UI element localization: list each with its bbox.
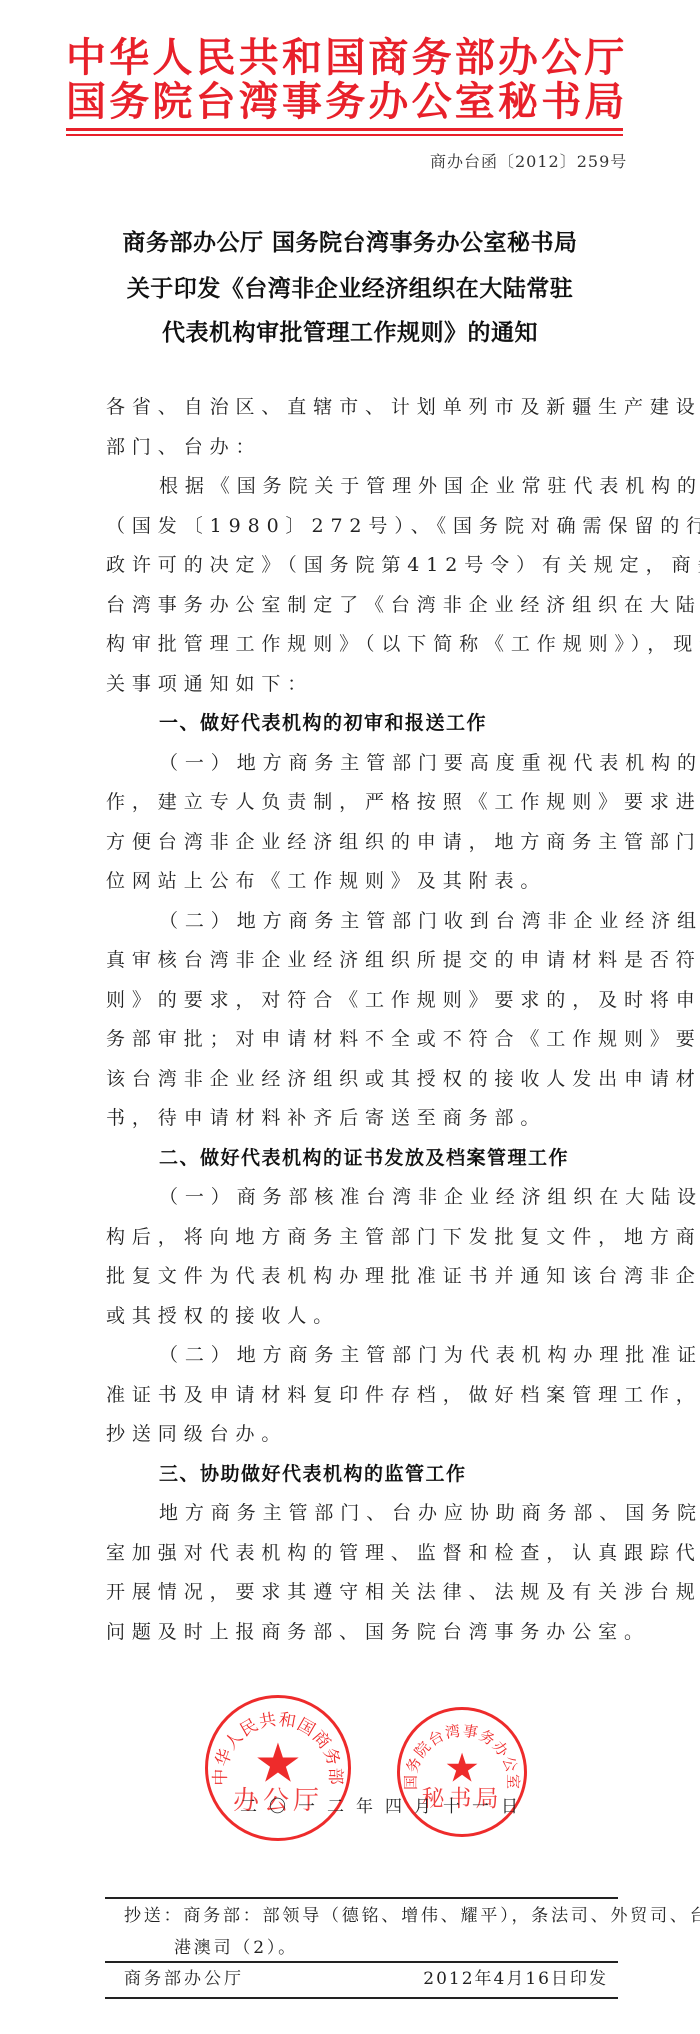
title-line-3: 代表机构审批管理工作规则》的通知 [0, 318, 700, 348]
footer-rule-top [105, 1897, 618, 1899]
letterhead-rule-thick [66, 128, 623, 131]
letterhead-line-2: 国务院台湾事务办公室秘书局 [66, 80, 623, 124]
signing-date: 二〇一二年四月十一日 [240, 1792, 490, 1817]
body-line: 根据《国务院关于管理外国企业常驻代表机构的暂行规定》 [106, 467, 606, 507]
body-line: 地方商务主管部门、台办应协助商务部、国务院台湾事务办公 [106, 1494, 606, 1534]
footer-rule-middle [105, 1961, 618, 1963]
body-line: （一）地方商务主管部门要高度重视代表机构的初审和报送工 [106, 744, 606, 784]
cc-label: 抄送： [124, 1906, 183, 1926]
body-line: 部门、台办： [106, 428, 606, 468]
body-line: 书，待申请材料补齐后寄送至商务部。 [106, 1099, 606, 1139]
body-line: 开展情况，要求其遵守相关法律、法规及有关涉台规定，遇有重要 [106, 1573, 606, 1613]
body-line: 室加强对代表机构的管理、监督和检查，认真跟踪代表机构的业务 [106, 1534, 606, 1574]
body-line: 构后，将向地方商务主管部门下发批复文件，地方商务主管部门凭 [106, 1218, 606, 1258]
body-line: （二）地方商务主管部门为代表机构办理批准证书后，应将批 [106, 1336, 606, 1376]
section-heading: 二、做好代表机构的证书发放及档案管理工作 [106, 1139, 606, 1179]
section-heading: 一、做好代表机构的初审和报送工作 [106, 704, 606, 744]
body-line: 则》的要求，对符合《工作规则》要求的，及时将申请材料寄送至商 [106, 981, 606, 1021]
body-line: 问题及时上报商务部、国务院台湾事务办公室。 [106, 1613, 606, 1653]
body-line: 准证书及申请材料复印件存档，做好档案管理工作，同时将复印件 [106, 1376, 606, 1416]
cc-line-1: 抄送：商务部：部领导（德铭、增伟、耀平），条法司、外贸司、台 [124, 1900, 614, 1932]
body-line: 该台湾非企业经济组织或其授权的接收人发出申请材料补正通知 [106, 1060, 606, 1100]
body-line: 各省、自治区、直辖市、计划单列市及新疆生产建设兵团商务主管 [106, 388, 606, 428]
body-line: （一）商务部核准台湾非企业经济组织在大陆设立常驻代表机 [106, 1178, 606, 1218]
title-line-1: 商务部办公厅 国务院台湾事务办公室秘书局 [0, 228, 700, 258]
body-line: 方便台湾非企业经济组织的申请，地方商务主管部门可以在本单 [106, 823, 606, 863]
seal-mofcom-office: 中华人民共和国商务部 ★ 办公厅 [205, 1695, 351, 1841]
body-line: 抄送同级台办。 [106, 1415, 606, 1455]
body-line: 位网站上公布《工作规则》及其附表。 [106, 862, 606, 902]
letterhead-line-1: 中华人民共和国商务部办公厅 [66, 36, 623, 80]
title-line-2: 关于印发《台湾非企业经济组织在大陆常驻 [0, 274, 700, 304]
cc-block: 抄送：商务部：部领导（德铭、增伟、耀平），条法司、外贸司、台 港澳司（2）。 [124, 1900, 614, 1964]
cc-recipients-1: 商务部：部领导（德铭、增伟、耀平），条法司、外贸司、台 [183, 1906, 700, 1926]
issuer: 商务部办公厅 [124, 1964, 244, 1989]
footer-rule-bottom [105, 1997, 618, 1999]
body-line: 或其授权的接收人。 [106, 1297, 606, 1337]
body-line: 批复文件为代表机构办理批准证书并通知该台湾非企业经济组织 [106, 1257, 606, 1297]
body-line: 真审核台湾非企业经济组织所提交的申请材料是否符合《工作规 [106, 941, 606, 981]
issue-date: 2012年4月16日印发 [395, 1964, 608, 1989]
body-line: 台湾事务办公室制定了《台湾非企业经济组织在大陆常驻代表机 [106, 586, 606, 626]
cc-recipients-2: 港澳司（2）。 [124, 1932, 614, 1964]
document-body: 各省、自治区、直辖市、计划单列市及新疆生产建设兵团商务主管部门、台办：根据《国务… [106, 388, 606, 1652]
letterhead-rule-thin [66, 134, 623, 136]
body-line: （国发〔1980〕272号）、《国务院对确需保留的行政审批项目设定行 [106, 507, 606, 547]
body-line: 构审批管理工作规则》（以下简称《工作规则》），现予印发，并就有 [106, 625, 606, 665]
body-line: 作，建立专人负责制，严格按照《工作规则》要求进行初审工作。为 [106, 783, 606, 823]
document-number: 商办台函〔2012〕259号 [430, 151, 605, 173]
section-heading: 三、协助做好代表机构的监管工作 [106, 1455, 606, 1495]
seal-tao-secretariat: 国务院台湾事务办公室 ★ 秘书局 [397, 1707, 527, 1837]
body-line: 关事项通知如下： [106, 665, 606, 705]
body-line: 政许可的决定》（国务院第412号令）有关规定，商务部会同国务院 [106, 546, 606, 586]
body-line: （二）地方商务主管部门收到台湾非企业经济组织申请后，认 [106, 902, 606, 942]
body-line: 务部审批；对申请材料不全或不符合《工作规则》要求的，应及时向 [106, 1020, 606, 1060]
